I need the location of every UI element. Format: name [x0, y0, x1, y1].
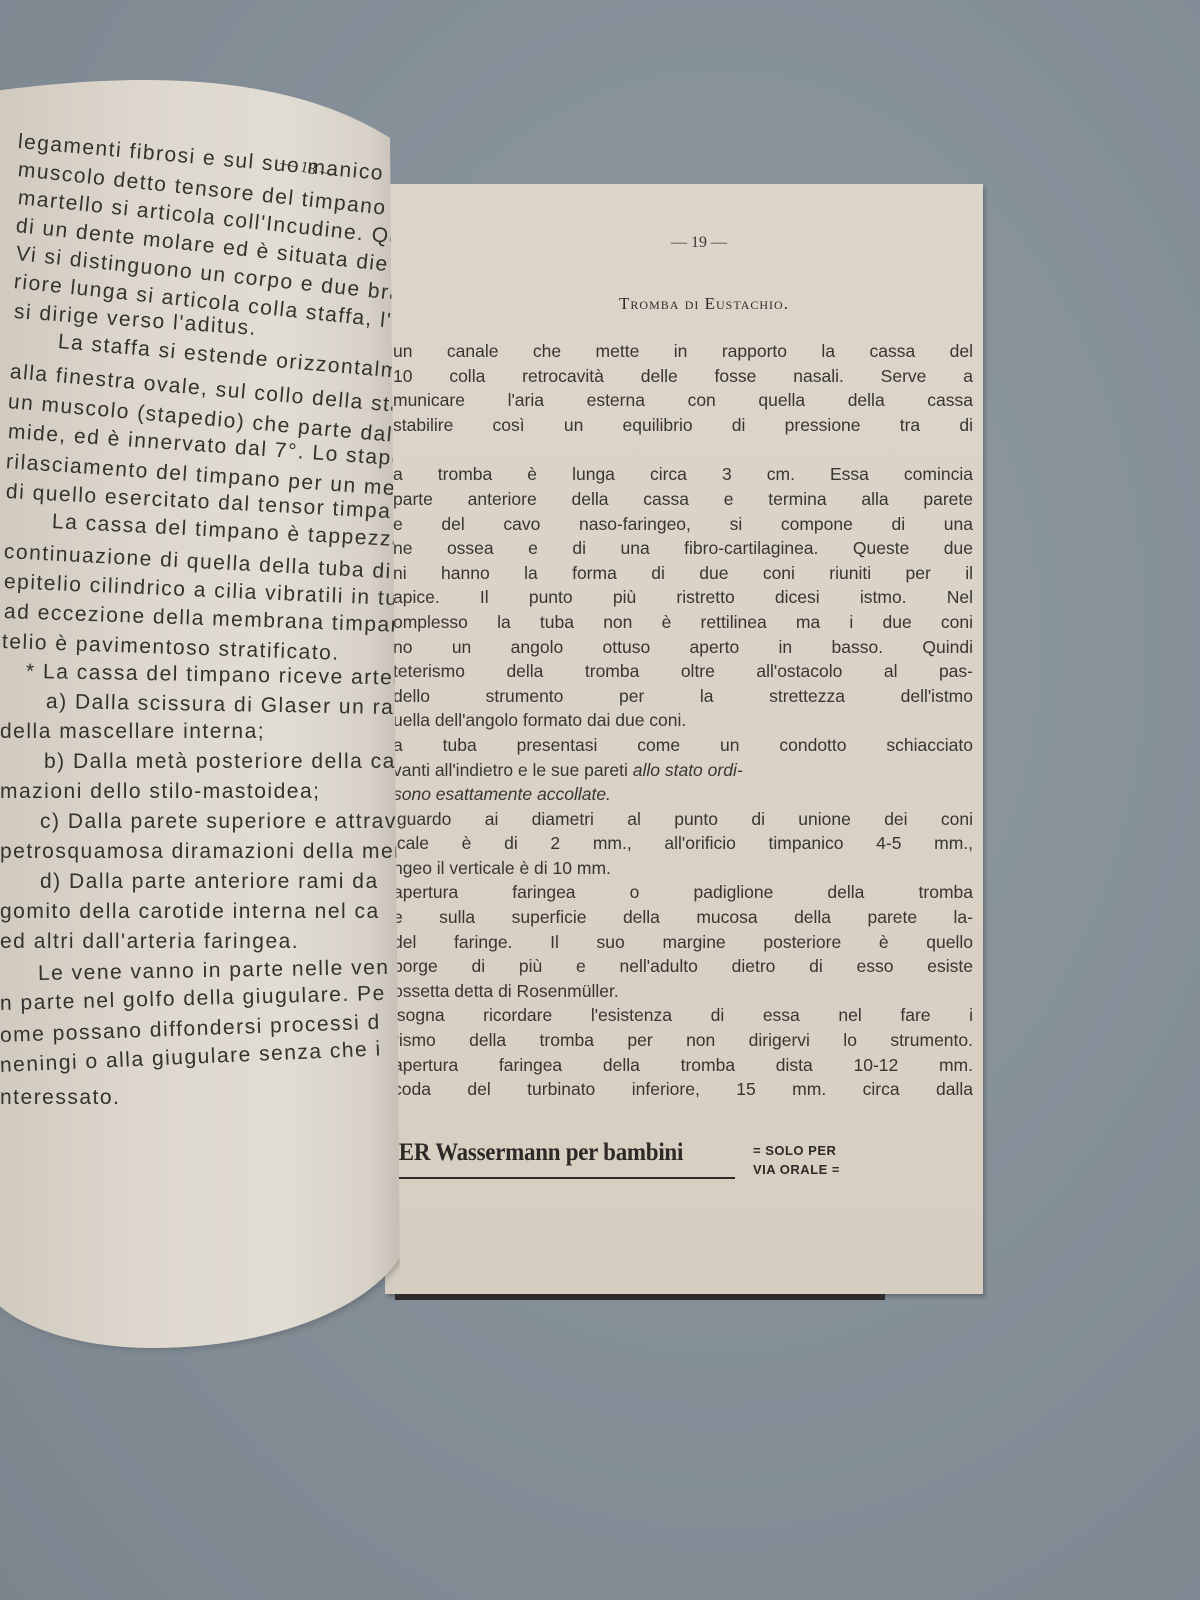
text-line: ossetta detta di Rosenmüller. [393, 979, 973, 1004]
text-line: a tuba presentasi come un condotto schia… [393, 733, 973, 758]
text-line: mazioni dello stilo-mastoidea; [0, 780, 320, 804]
text-line: ngeo il verticale è di 10 mm. [393, 856, 973, 881]
text-line: no un angolo ottuso aperto in basso. Qui… [393, 635, 973, 660]
text-line: Le vene vanno in parte nelle ven [38, 956, 390, 986]
body-text: un canale che mette in rapporto la cassa… [393, 339, 973, 1102]
text-line: iguardo ai diametri al punto di unione d… [393, 807, 973, 832]
text-line: rismo della tromba per non dirigervi lo … [393, 1028, 973, 1053]
text-line: un canale che mette in rapporto la cassa… [393, 339, 973, 364]
text-line: ne ossea e di una fibro-cartilaginea. Qu… [393, 536, 973, 561]
text-line: uella dell'angolo formato dai due coni. [393, 708, 973, 733]
text-line: icale è di 2 mm., all'orificio timpanico… [393, 831, 973, 856]
text-line: nteressato. [0, 1086, 120, 1110]
advertisement-banner: FER Wassermann per bambini = SOLO PER VI… [385, 1139, 985, 1183]
text-line: della mascellare interna; [0, 720, 265, 744]
ad-side-line: = SOLO PER [753, 1141, 840, 1160]
text-line: stabilire così un equilibrio di pression… [393, 413, 973, 438]
ad-side-text: = SOLO PER VIA ORALE = [753, 1141, 840, 1179]
text-line: e sulla superficie della mucosa della pa… [393, 905, 973, 930]
text-line: apice. Il punto più ristretto dicesi ist… [393, 585, 973, 610]
text-line: coda del turbinato inferiore, 15 mm. cir… [393, 1077, 973, 1102]
text-line: del faringe. Il suo margine posteriore è… [393, 930, 973, 955]
ad-headline: FER Wassermann per bambini [385, 1139, 683, 1167]
text-line: isogna ricordare l'esistenza di essa nel… [393, 1003, 973, 1028]
page-stack-edge [395, 1294, 885, 1300]
text-line: omplesso la tuba non è rettilinea ma i d… [393, 610, 973, 635]
text-line: 10 colla retrocavità delle fosse nasali.… [393, 364, 973, 389]
section-title: Tromba di Eustachio. [385, 294, 983, 314]
text-line: municare l'aria esterna con quella della… [393, 388, 973, 413]
text-line: sono esattamente accollate. [393, 782, 973, 807]
text-line: n parte nel golfo della giugulare. Pe [0, 982, 386, 1016]
text-line: apertura faringea della tromba dista 10-… [393, 1053, 973, 1078]
text-line: vanti all'indietro e le sue pareti allo … [393, 758, 973, 783]
page-number: — 19 — [385, 234, 983, 252]
text-line: porge di più e nell'adulto dietro di ess… [393, 954, 973, 979]
text-line: a) Dalla scissura di Glaser un ra [46, 690, 395, 720]
left-page: — 18 — legamenti fibrosi e sul suo manic… [0, 48, 412, 1348]
ad-underline [385, 1177, 735, 1179]
text-line: petrosquamosa diramazioni della meni [0, 840, 414, 864]
text-line: d) Dalla parte anteriore rami da [40, 870, 379, 894]
text-line: ni hanno la forma di due coni riuniti pe… [393, 561, 973, 586]
text-line: dello strumento per la strettezza dell'i… [393, 684, 973, 709]
text-line: teterismo della tromba oltre all'ostacol… [393, 659, 973, 684]
text-line: * La cassa del timpano riceve arterie da [26, 660, 455, 691]
italic-span: allo stato ordi- [633, 760, 743, 780]
text-line: ed altri dall'arteria faringea. [0, 930, 299, 954]
text-span: vanti all'indietro e le sue pareti [393, 760, 628, 780]
text-line: e del cavo naso-faringeo, si compone di … [393, 512, 973, 537]
right-page: — 19 — Tromba di Eustachio. un canale ch… [385, 184, 983, 1294]
text-line: a tromba è lunga circa 3 cm. Essa cominc… [393, 462, 973, 487]
text-line: b) Dalla metà posteriore della ca [44, 750, 396, 774]
text-line: gomito della carotide interna nel ca [0, 900, 380, 924]
text-line: apertura faringea o padiglione della tro… [393, 880, 973, 905]
ad-side-line: VIA ORALE = [753, 1160, 840, 1179]
text-line: c) Dalla parete superiore e attrav [40, 810, 397, 834]
text-line: parte anteriore della cassa e termina al… [393, 487, 973, 512]
